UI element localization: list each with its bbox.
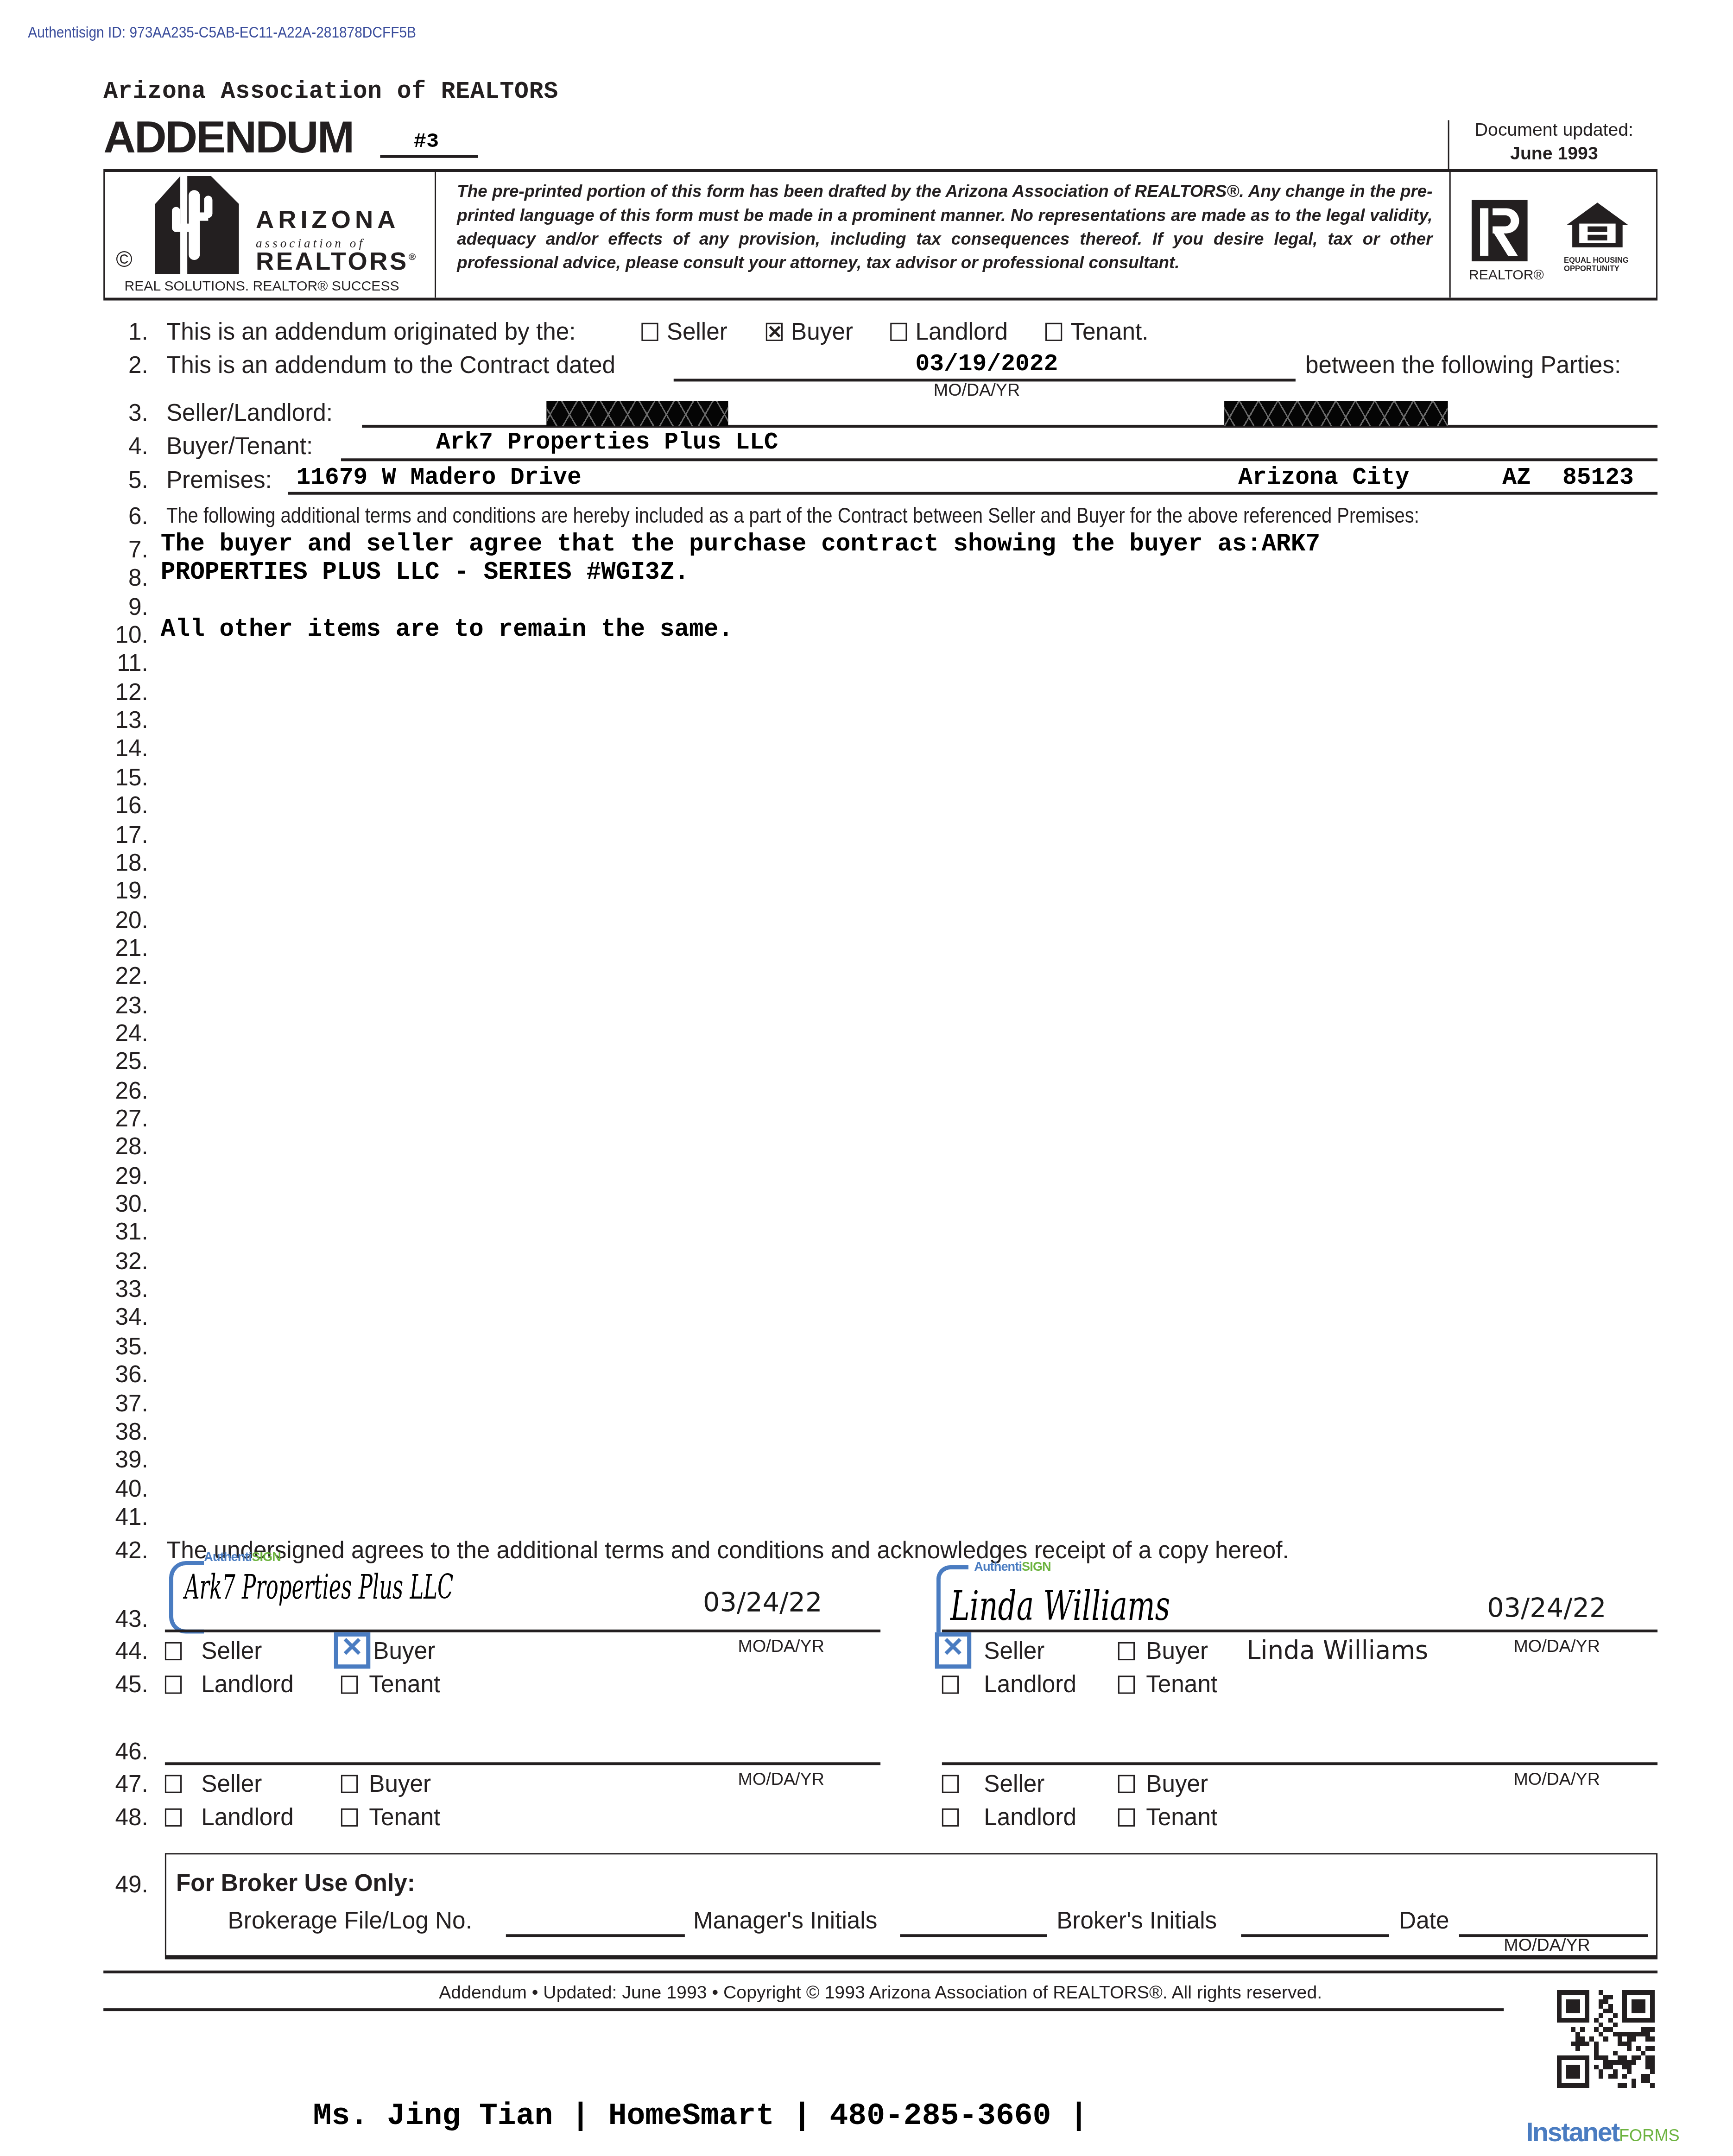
role-label: Buyer: [1146, 1638, 1208, 1664]
role-landlord[interactable]: Landlord: [942, 1804, 1076, 1832]
line-number: 33.: [103, 1276, 148, 1304]
divider: [435, 172, 436, 297]
line-number: 38.: [103, 1418, 148, 1446]
line-number: 29.: [103, 1162, 148, 1190]
role-seller[interactable]: Seller: [165, 1638, 262, 1666]
seller-printed-name[interactable]: Linda Williams: [1246, 1637, 1428, 1666]
terms-line-field[interactable]: [161, 929, 1642, 957]
line-number: 30.: [103, 1191, 148, 1219]
brokers-initials-label: Broker's Initials: [1056, 1908, 1217, 1935]
premises-zip-field[interactable]: 85123: [1562, 465, 1634, 492]
terms-line-field[interactable]: [161, 1384, 1642, 1412]
forms-logo-text: FORMS: [1619, 2125, 1680, 2145]
broker-date-label: Date: [1399, 1908, 1449, 1935]
line-number: 21.: [103, 935, 148, 962]
line-number: 19.: [103, 878, 148, 906]
checkbox-landlord[interactable]: [165, 1675, 182, 1694]
role-label: Tenant: [369, 1804, 440, 1831]
checkbox-landlord[interactable]: [942, 1675, 959, 1694]
line-number: 46.: [103, 1739, 148, 1766]
terms-line-field[interactable]: [161, 588, 1642, 616]
role-tenant[interactable]: Tenant: [341, 1671, 440, 1699]
terms-line-field[interactable]: [161, 1356, 1642, 1384]
equal-housing-house-icon: [1564, 200, 1631, 250]
terms-line-field[interactable]: [161, 816, 1642, 843]
broker-use-box: [165, 1853, 1657, 1959]
line-number: 48.: [103, 1804, 148, 1832]
premises-city-field[interactable]: Arizona City: [1238, 465, 1409, 492]
line-number: 39.: [103, 1447, 148, 1474]
terms-line-field[interactable]: [161, 1071, 1642, 1099]
line-number: 1.: [103, 319, 148, 347]
seller-signature[interactable]: Linda Williams: [950, 1582, 1256, 1630]
logo-tagline: REAL SOLUTIONS. REALTOR® SUCCESS: [124, 279, 399, 295]
authentisign-logo-sign: SIGN: [1022, 1560, 1051, 1574]
brokers-initials-field[interactable]: [1241, 1934, 1389, 1937]
role-tenant[interactable]: Tenant: [1118, 1671, 1217, 1699]
role-buyer[interactable]: Buyer: [1118, 1638, 1208, 1666]
addendum-page: Authentisign ID: 973AA235-C5AB-EC11-A22A…: [0, 0, 1733, 2156]
role-label: Landlord: [984, 1804, 1076, 1831]
document-updated-label: Document updated:: [1451, 117, 1657, 141]
logo-realtors-text: REALTORS: [256, 247, 409, 275]
logo-realtors: REALTORS®: [256, 247, 418, 277]
terms-line-field[interactable]: [161, 1214, 1642, 1241]
checkbox-seller[interactable]: [165, 1775, 182, 1793]
checkbox-tenant[interactable]: [1118, 1808, 1135, 1827]
premises-state-field[interactable]: AZ: [1502, 465, 1531, 492]
checkbox-tenant[interactable]: [1045, 323, 1062, 341]
checkbox-buyer[interactable]: [1118, 1775, 1135, 1793]
equal-housing-logo: EQUAL HOUSING OPPORTUNITY: [1564, 200, 1631, 274]
disclaimer-text: The pre-printed portion of this form has…: [457, 180, 1432, 275]
checkbox-seller[interactable]: [165, 1642, 182, 1660]
line-number: 20.: [103, 906, 148, 934]
line-number: 23.: [103, 992, 148, 1019]
seller-signature-text: Linda Williams: [950, 1582, 1170, 1630]
signature-line-empty[interactable]: [942, 1762, 1657, 1765]
terms-line-field[interactable]: [161, 787, 1642, 815]
line-number: 6.: [103, 503, 148, 531]
divider: [1449, 172, 1451, 297]
line-number: 45.: [103, 1671, 148, 1699]
header-box: ARIZONA association of REALTORS® © REAL …: [103, 169, 1657, 301]
originator-option-buyer[interactable]: Buyer: [766, 319, 853, 347]
role-landlord[interactable]: Landlord: [165, 1804, 294, 1832]
option-label: Tenant.: [1070, 319, 1148, 345]
buyer-label: Buyer/Tenant:: [166, 433, 313, 461]
role-label: Landlord: [201, 1671, 294, 1698]
checkbox-seller[interactable]: [942, 1775, 959, 1793]
document-updated-value: June 1993: [1451, 141, 1657, 165]
line-number: 28.: [103, 1134, 148, 1162]
seller-label: Seller/Landlord:: [166, 400, 333, 428]
page-title: ADDENDUM: [103, 112, 353, 164]
terms-line-field[interactable]: [161, 958, 1642, 986]
footer-copyright: Addendum • Updated: June 1993 • Copyrigh…: [0, 1982, 1733, 2003]
terms-line-field[interactable]: PROPERTIES PLUS LLC - SERIES #WGI3Z.: [161, 559, 1642, 587]
terms-line-field[interactable]: All other items are to remain the same.: [161, 616, 1642, 644]
line-number: 36.: [103, 1361, 148, 1389]
line-number: 4.: [103, 433, 148, 461]
role-buyer[interactable]: Buyer: [341, 1770, 431, 1798]
redacted-seller-name-1: [546, 401, 728, 426]
option-label: Buyer: [791, 319, 853, 345]
buyer-underline: [341, 458, 1657, 461]
checkbox-landlord[interactable]: [165, 1808, 182, 1827]
premises-underline: [288, 492, 1657, 495]
line-number: 5.: [103, 467, 148, 494]
terms-line-field[interactable]: [161, 844, 1642, 872]
broker-title: For Broker Use Only:: [176, 1870, 415, 1898]
terms-line-field[interactable]: [161, 1328, 1642, 1355]
footer-rule-bottom: [103, 2008, 1504, 2011]
file-log-field[interactable]: [506, 1934, 685, 1937]
terms-line-field[interactable]: [161, 873, 1642, 900]
line-number: 44.: [103, 1638, 148, 1666]
line-number: 25.: [103, 1049, 148, 1076]
terms-line-field[interactable]: [161, 1242, 1642, 1270]
role-label: Landlord: [201, 1804, 294, 1831]
checkbox-buyer[interactable]: [341, 1775, 358, 1793]
signature-line: [942, 1630, 1657, 1632]
equal-housing-line-1: EQUAL HOUSING: [1564, 257, 1631, 266]
line-number: 49.: [103, 1871, 148, 1899]
cactus-logo-icon: [155, 176, 239, 274]
line-number: 13.: [103, 707, 148, 735]
terms-line-field[interactable]: [161, 1100, 1642, 1128]
role-seller[interactable]: Seller: [165, 1770, 262, 1798]
copyright-icon: ©: [116, 249, 133, 274]
terms-line-field[interactable]: [161, 1470, 1642, 1498]
authentisign-id: Authentisign ID: 973AA235-C5AB-EC11-A22A…: [28, 25, 416, 42]
role-label: Buyer: [373, 1638, 435, 1664]
checkbox-buyer-checked[interactable]: [334, 1632, 370, 1669]
line-number: 2.: [103, 352, 148, 380]
line-number: 12.: [103, 679, 148, 707]
line-number: 32.: [103, 1248, 148, 1276]
authentisign-logo-authenti: Authenti: [974, 1560, 1022, 1574]
role-seller[interactable]: Seller: [942, 1770, 1045, 1798]
premises-label: Premises:: [166, 467, 272, 494]
role-label: Buyer: [1146, 1770, 1208, 1797]
role-buyer[interactable]: Buyer: [373, 1638, 435, 1666]
terms-line-field[interactable]: [161, 1128, 1642, 1156]
role-label: Tenant: [369, 1671, 440, 1698]
role-label: Landlord: [984, 1671, 1076, 1698]
line-number: 42.: [103, 1537, 148, 1565]
terms-line-field[interactable]: [161, 645, 1642, 673]
role-label: Tenant: [1146, 1804, 1217, 1831]
redacted-seller-name-2: [1224, 401, 1448, 426]
equal-housing-label: EQUAL HOUSING OPPORTUNITY: [1564, 257, 1631, 274]
realtor-logo-label: REALTOR®: [1469, 268, 1544, 284]
managers-initials-label: Manager's Initials: [693, 1908, 877, 1935]
buyer-signature[interactable]: Ark7 Properties Plus LLC: [184, 1568, 618, 1607]
terms-line-field[interactable]: [161, 901, 1642, 929]
file-log-label: Brokerage File/Log No.: [228, 1908, 472, 1935]
line-number: 9.: [103, 594, 148, 621]
checkbox-seller-checked[interactable]: [935, 1632, 971, 1669]
role-label: Seller: [984, 1770, 1044, 1797]
terms-line-field[interactable]: [161, 1185, 1642, 1213]
date-format-hint: MO/DA/YR: [1513, 1637, 1600, 1656]
originator-option-tenant[interactable]: Tenant.: [1045, 319, 1148, 347]
parties-label: between the following Parties:: [1305, 352, 1621, 380]
checkbox-tenant[interactable]: [341, 1675, 358, 1694]
date-format-hint: MO/DA/YR: [738, 1637, 824, 1656]
terms-line-field[interactable]: [161, 1441, 1642, 1469]
signature-line-empty[interactable]: [165, 1762, 880, 1765]
premises-street-field[interactable]: 11679 W Madero Drive: [296, 465, 581, 492]
role-buyer[interactable]: Buyer: [1118, 1770, 1208, 1798]
originator-label: This is an addendum originated by the:: [166, 319, 576, 347]
line-number: 47.: [103, 1770, 148, 1798]
checkbox-landlord[interactable]: [942, 1808, 959, 1827]
date-format-hint: MO/DA/YR: [738, 1769, 824, 1789]
option-label: Landlord: [916, 319, 1008, 345]
authentisign-logo-sign: SIGN: [252, 1550, 281, 1564]
date-format-hint: MO/DA/YR: [1513, 1769, 1600, 1789]
registered-mark: ®: [409, 253, 418, 263]
line-number: 17.: [103, 821, 148, 849]
checkbox-seller[interactable]: [641, 323, 658, 341]
checkbox-tenant[interactable]: [1118, 1675, 1135, 1694]
line-number: 22.: [103, 963, 148, 991]
contract-date-field[interactable]: 03/19/2022: [916, 352, 1058, 379]
line-number: 41.: [103, 1504, 148, 1531]
terms-line-field[interactable]: [161, 1299, 1642, 1327]
option-label: Seller: [667, 319, 727, 345]
role-label: Tenant: [1146, 1671, 1217, 1698]
terms-line-field[interactable]: [161, 730, 1642, 758]
line-number: 7.: [103, 537, 148, 564]
document-updated: Document updated: June 1993: [1451, 117, 1657, 165]
footer-rule-top: [103, 1971, 1657, 1973]
terms-line-field[interactable]: [161, 986, 1642, 1014]
contract-date-label: This is an addendum to the Contract date…: [166, 352, 615, 380]
association-name: Arizona Association of REALTORS: [103, 80, 558, 106]
logo-arizona: ARIZONA: [256, 205, 400, 234]
checkbox-tenant[interactable]: [341, 1808, 358, 1827]
line-number: 15.: [103, 764, 148, 792]
terms-line-field[interactable]: [161, 673, 1642, 701]
managers-initials-field[interactable]: [900, 1934, 1047, 1937]
buyer-name-field[interactable]: Ark7 Properties Plus LLC: [436, 430, 778, 457]
role-label: Buyer: [369, 1770, 431, 1797]
line-number: 11.: [103, 651, 148, 678]
acknowledgement-text: The undersigned agrees to the additional…: [166, 1537, 1289, 1565]
role-tenant[interactable]: Tenant: [1118, 1804, 1217, 1832]
buyer-signature-text: Ark7 Properties Plus LLC: [184, 1568, 453, 1607]
line-number: 40.: [103, 1475, 148, 1503]
agent-contact-line: Ms. Jing Tian | HomeSmart | 480-285-3660…: [313, 2099, 1088, 2134]
line-number: 18.: [103, 849, 148, 877]
originator-option-seller[interactable]: Seller: [641, 319, 727, 347]
terms-line-field[interactable]: [161, 759, 1642, 786]
signature-line: [165, 1630, 880, 1632]
terms-intro: The following additional terms and condi…: [166, 503, 1632, 531]
role-label: Seller: [201, 1638, 262, 1664]
realtor-r-icon: [1469, 200, 1533, 264]
authentisign-logo: AuthentiSIGN: [974, 1560, 1051, 1574]
terms-line-field[interactable]: [161, 1043, 1642, 1071]
role-seller[interactable]: Seller: [984, 1638, 1044, 1666]
line-number: 26.: [103, 1077, 148, 1105]
line-number: 14.: [103, 736, 148, 764]
terms-line-field[interactable]: [161, 1015, 1642, 1043]
seller-signature-date[interactable]: 03/24/22: [1487, 1593, 1606, 1624]
terms-intro-text: The following additional terms and condi…: [166, 503, 1419, 531]
line-number: 24.: [103, 1020, 148, 1048]
line-number: 10.: [103, 622, 148, 650]
line-number: 8.: [103, 565, 148, 593]
instanet-logo-text: Instanet: [1526, 2118, 1619, 2148]
instanet-forms-logo: InstanetFORMS: [1526, 2118, 1680, 2149]
line-number: 3.: [103, 400, 148, 428]
line-number: 16.: [103, 793, 148, 821]
terms-line-field[interactable]: [161, 1498, 1642, 1526]
divider: [1448, 120, 1449, 171]
buyer-signature-date[interactable]: 03/24/22: [703, 1587, 822, 1618]
terms-line-field[interactable]: [161, 1413, 1642, 1441]
line-number: 43.: [103, 1606, 148, 1633]
qr-code-icon: [1554, 1990, 1657, 2088]
checkbox-landlord[interactable]: [890, 323, 907, 341]
checkbox-buyer-checked[interactable]: [766, 323, 783, 341]
role-landlord[interactable]: Landlord: [942, 1671, 1076, 1699]
line-number: 35.: [103, 1333, 148, 1361]
addendum-number-underline: [380, 155, 478, 158]
role-label: Seller: [201, 1770, 262, 1797]
line-number: 34.: [103, 1304, 148, 1332]
line-number: 27.: [103, 1106, 148, 1133]
terms-line-field[interactable]: [161, 702, 1642, 729]
role-label: Seller: [984, 1638, 1044, 1664]
terms-line-field[interactable]: The buyer and seller agree that the purc…: [161, 531, 1642, 559]
realtor-logo: REALTOR®: [1469, 200, 1544, 284]
checkbox-buyer[interactable]: [1118, 1642, 1135, 1660]
line-number: 31.: [103, 1219, 148, 1247]
role-tenant[interactable]: Tenant: [341, 1804, 440, 1832]
addendum-number[interactable]: #3: [414, 130, 439, 153]
authentisign-logo-authenti: Authenti: [204, 1550, 252, 1564]
date-format-hint: MO/DA/YR: [1504, 1935, 1590, 1955]
authentisign-logo: AuthentiSIGN: [204, 1550, 281, 1564]
equal-housing-line-2: OPPORTUNITY: [1564, 266, 1631, 274]
terms-line-field[interactable]: [161, 1271, 1642, 1298]
date-format-hint: MO/DA/YR: [934, 380, 1020, 399]
terms-line-field[interactable]: [161, 1157, 1642, 1184]
originator-option-landlord[interactable]: Landlord: [890, 319, 1008, 347]
line-number: 37.: [103, 1390, 148, 1418]
role-landlord[interactable]: Landlord: [165, 1671, 294, 1699]
